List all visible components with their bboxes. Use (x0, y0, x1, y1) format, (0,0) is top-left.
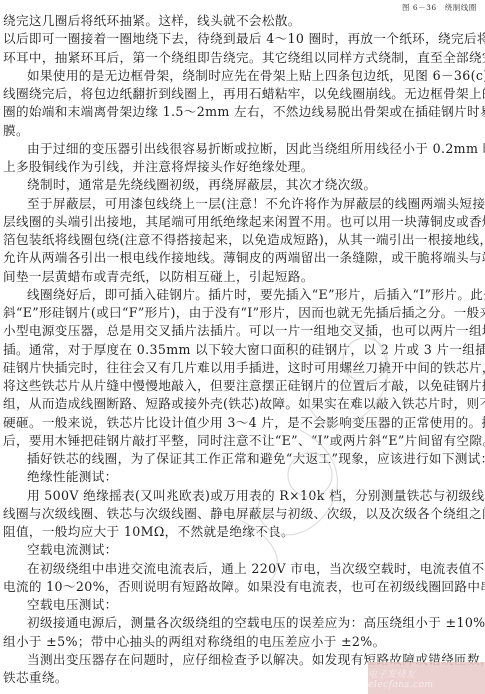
text-line: 组小于 ±5%；带中心抽头的两组对称绕组的电压差应小于 ±2%。 (3, 634, 483, 650)
text-line: 电流的 10～20%，否则说明有短路故障。如果没有电流表，也可在初级线圈回路中串… (3, 579, 483, 595)
text-line: 空载电压测试： (27, 597, 483, 613)
text-line: 如果使用的是无边框骨架，绕制时应先在骨架上贴上四条包边纸，见图 6－36(c)。… (27, 68, 483, 84)
text-line: 层线圈的头端引出接地，其尾端可用纸绝缘起来闲置不用。也可以用一块薄铜皮或香烟的锡 (3, 214, 483, 230)
text-line: 绕制时，通常是先绕线圈初级，再绕屏蔽层，其次才绕次级。 (27, 177, 483, 193)
text-line: 绝缘性能测试： (27, 469, 483, 485)
text-line: 绕完这几圈后将纸环抽紧。这样，线头就不会松散。 (3, 13, 483, 29)
text-line: 线圈绕完后，将包边纸翻折到线圈上，再用石蜡粘牢，以免线圈崩线。无边框骨架上的每层… (3, 86, 483, 102)
text-line: 膜。 (3, 123, 483, 139)
text-line: 组，从而造成线圈断路、短路或接外壳(铁芯)故障。如果实在难以敲入铁芯片时，则不可… (3, 396, 483, 412)
text-line: 将这些铁芯片从片缝中慢慢地敲入，但要注意摆正硅钢片的位置后才敲，以免硅钢片擦伤绕 (3, 378, 483, 394)
text-line: 由于过细的变压器引出线很容易折断或拉断，因此当绕组所用线径小于 0.2mm 时，… (27, 141, 483, 157)
text-line: 插好铁芯的线圈，为了保证其工作正常和避免“大返工”现象，应该进行如下测试： (27, 451, 483, 467)
text-line: 在初级绕组中串进交流电流表后，通上 220V 市电，当次级空载时，电流表值不应大… (27, 561, 483, 577)
text-line: 至于屏蔽层，可用漆包线绕上一层(注意！不允许将作为屏蔽层的线圈两端头短接)，将该 (27, 196, 483, 212)
watermark-logo-text: 电子发烧友 elecfans.com (368, 667, 482, 690)
watermark-logo: 电子发烧友 elecfans.com (368, 662, 485, 694)
text-line: 以后即可一圈接着一圈地绕下去，待绕到最后 4～10 圈时，再放一个纸环，绕完后将… (3, 31, 483, 47)
text-line: 箔包装纸将线圈包绕(注意不得搭接起来，以免造成短路)，从其一端引出一根接地线，但… (3, 232, 483, 248)
text-line: 硅钢片快插完时，往往会又有几片难以用手插进，这时可用螺丝刀撬开中间的铁芯片，用木… (3, 360, 483, 376)
text-line: 线圈与次级线圈、铁芯与次级线圈、静电屏蔽层与初级、次级，以及次级各个绕组之间的绝… (3, 506, 483, 522)
text-line: 斜“E”形硅钢片(或曰“F”形片)，由于没有“I”形片，因而也就无先插后插之分。… (3, 305, 483, 321)
text-line: 后，要用木锤把硅钢片敲打平整，同时注意不让“E”、“I”或两片斜“E”片间留有空… (3, 433, 483, 449)
text-line: 初级接通电源后，测量各次级绕组的空载电压的误差应为：高压绕组小于 ±10%、低压… (27, 615, 483, 631)
figure-caption: 图 6－36 绕制线圈 (402, 2, 477, 13)
text-line: 间垫一层黄蜡布或青壳纸，以防相互碰上，引起短路。 (3, 269, 483, 285)
text-line: 上多股铜线作为引线，并注意将焊接头作好绝缘处理。 (3, 159, 483, 175)
text-line: 用 500V 绝缘摇表(又叫兆欧表)或万用表的 R×10k 档，分别测量铁芯与初… (27, 488, 483, 504)
text-line: 小型电源变压器，总是用交叉插片法插片。可以一片一组地交叉插，也可以两片一组地交叉 (3, 323, 483, 339)
text-line: 插。通常，对于厚度在 0.35mm 以下较大窗口面积的硅钢片，以 2 片或 3 … (3, 342, 483, 358)
text-line: 允许从两端各引出一根电线作接地线。薄铜皮的两端留出一条缝隙，或干脆将端头与端尾之 (3, 250, 483, 266)
text-line: 环耳中，抽紧环耳后，第一个绕组即告绕完。其它绕组以同样方式绕制，直至全部绕完。 (3, 50, 483, 66)
document-page: 图 6－36 绕制线圈 绕完这几圈后将纸环抽紧。这样，线头就不会松散。以后即可一… (0, 0, 485, 694)
text-line: 线圈绕好后，即可插入硅钢片。插片时，要先插入“E”形片，后插入“I”形片。此外，… (27, 287, 483, 303)
text-line: 空载电流测试： (27, 542, 483, 558)
text-line: 圈的始端和末端离骨架边缘 1.5～2mm 左右，不然边线易脱出骨架或在插硅钢片时… (3, 104, 483, 120)
text-line: 硬砸。一般来说，铁芯片比设计值少用 3～4 片，是不会影响变压器的正常使用的。插… (3, 415, 483, 431)
text-line: 阻值，一般均应大于 10MΩ，不然就是绝缘不良。 (3, 524, 483, 540)
